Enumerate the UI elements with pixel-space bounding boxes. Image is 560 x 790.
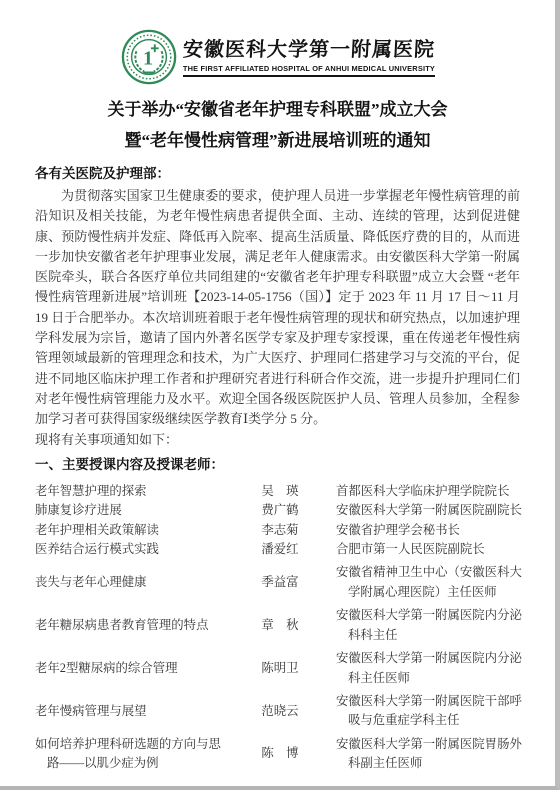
- lecturer-affiliation: 安徽医科大学第一附属医院胃肠外科副主任医师: [336, 735, 525, 774]
- lecturer-name: 潘爱红: [224, 540, 336, 559]
- hospital-emblem-icon: 1: [120, 28, 178, 86]
- document-page: 1 安徽医科大学第一附属医院 THE FIRST AFFILIATED HOSP…: [0, 0, 560, 790]
- lecture-topic: 如何培养护理科研选题的方向与思路——以肌少症为例: [35, 735, 224, 774]
- hospital-name-english: THE FIRST AFFILIATED HOSPITAL OF ANHUI M…: [183, 63, 435, 77]
- lecturer-name: 陈明卫: [224, 659, 336, 678]
- lecturer-affiliation: 首都医科大学临床护理学院院长: [336, 482, 525, 501]
- schedule-row: 老年慢病管理与展望 范晓云 安徽医科大学第一附属医院干部呼吸与危重症学科主任: [35, 692, 520, 731]
- lecture-topic: 老年护理相关政策解读: [35, 521, 224, 540]
- schedule-row: 医养结合运行模式实践 潘爱红 合肥市第一人民医院副院长: [35, 540, 520, 559]
- lecture-topic: 老年2型糖尿病的综合管理: [35, 659, 224, 678]
- lecturer-affiliation: 安徽医科大学第一附属医院内分泌科主任医师: [336, 649, 525, 688]
- lecturer-name: 范晓云: [224, 702, 336, 721]
- lecture-topic: 老年慢病管理与展望: [35, 702, 224, 721]
- document-title-line2: 暨“老年慢性病管理”新进展培训班的通知: [35, 125, 520, 156]
- lecturer-name: 吴 瑛: [224, 482, 336, 501]
- schedule-row: 肺康复诊疗进展 费广鹤 安徽医科大学第一附属医院副院长: [35, 501, 520, 520]
- hospital-letterhead: 1 安徽医科大学第一附属医院 THE FIRST AFFILIATED HOSP…: [35, 28, 520, 86]
- lecture-topic: 老年智慧护理的探索: [35, 482, 224, 501]
- schedule-row: 老年护理相关政策解读 李志菊 安徽省护理学会秘书长: [35, 521, 520, 540]
- document-title: 关于举办“安徽省老年护理专科联盟”成立大会 暨“老年慢性病管理”新进展培训班的通…: [35, 94, 520, 156]
- lecturer-affiliation: 安徽医科大学第一附属医院干部呼吸与危重症学科主任: [336, 692, 525, 731]
- lecturer-name: 陈 博: [224, 744, 336, 763]
- schedule-row: 老年糖尿病患者教育管理的特点 章 秋 安徽医科大学第一附属医院内分泌科科主任: [35, 606, 520, 645]
- salutation: 各有关医院及护理部：: [35, 164, 520, 184]
- notice-line: 现将有关事项通知如下：: [35, 430, 520, 450]
- lecture-topic: 老年糖尿病患者教育管理的特点: [35, 616, 224, 635]
- lecture-topic: 医养结合运行模式实践: [35, 540, 224, 559]
- document-title-line1: 关于举办“安徽省老年护理专科联盟”成立大会: [35, 94, 520, 125]
- lecturer-name: 章 秋: [224, 616, 336, 635]
- lecturer-affiliation: 安徽医科大学第一附属医院内分泌科科主任: [336, 606, 525, 645]
- lecturer-affiliation: 合肥市第一人民医院副院长: [336, 540, 525, 559]
- lecturer-name: 季益富: [224, 573, 336, 592]
- schedule-row: 老年2型糖尿病的综合管理 陈明卫 安徽医科大学第一附属医院内分泌科主任医师: [35, 649, 520, 688]
- lecture-schedule: 老年智慧护理的探索 吴 瑛 首都医科大学临床护理学院院长 肺康复诊疗进展 费广鹤…: [35, 482, 520, 774]
- hospital-name-chinese: 安徽医科大学第一附属医院: [182, 37, 435, 63]
- lecturer-name: 李志菊: [224, 521, 336, 540]
- schedule-row: 丧失与老年心理健康 季益富 安徽省精神卫生中心（安徽医科大学附属心理医院）主任医…: [35, 563, 520, 602]
- schedule-row: 老年智慧护理的探索 吴 瑛 首都医科大学临床护理学院院长: [35, 482, 520, 501]
- lecturer-name: 费广鹤: [224, 501, 336, 520]
- letterhead-text: 安徽医科大学第一附属医院 THE FIRST AFFILIATED HOSPIT…: [183, 37, 435, 77]
- lecture-topic: 肺康复诊疗进展: [35, 501, 224, 520]
- lecturer-affiliation: 安徽省精神卫生中心（安徽医科大学附属心理医院）主任医师: [336, 563, 525, 602]
- schedule-row: 如何培养护理科研选题的方向与思路——以肌少症为例 陈 博 安徽医科大学第一附属医…: [35, 735, 520, 774]
- section1-heading: 一、主要授课内容及授课老师：: [35, 455, 520, 475]
- lecture-topic: 丧失与老年心理健康: [35, 573, 224, 592]
- lecturer-affiliation: 安徽医科大学第一附属医院副院长: [336, 501, 525, 520]
- body-paragraph: 为贯彻落实国家卫生健康委的要求，使护理人员进一步掌握老年慢性病管理的前沿知识及相…: [35, 186, 520, 430]
- logo-numeral: 1: [143, 48, 153, 70]
- lecturer-affiliation: 安徽省护理学会秘书长: [336, 521, 525, 540]
